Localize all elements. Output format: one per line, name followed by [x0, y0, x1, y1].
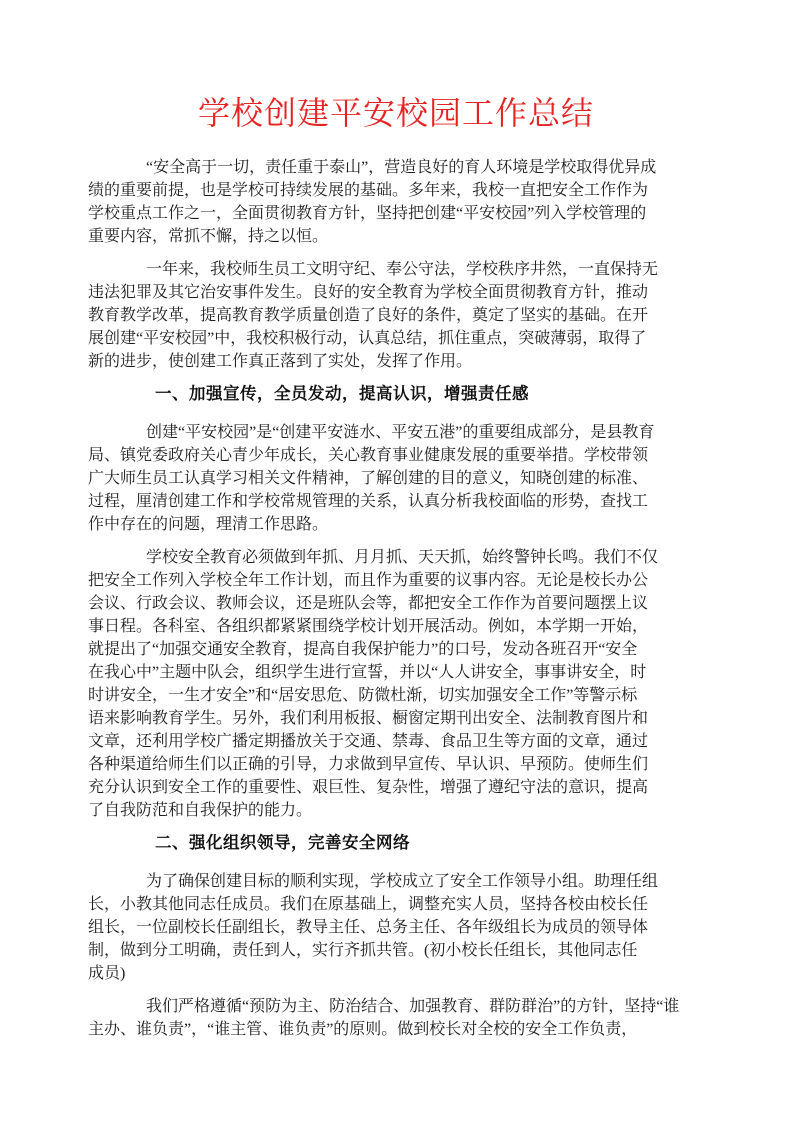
section-1-paragraph-1: 创建“平安校园”是“创建平安涟水、平安五港”的重要组成部分，是县教育 局、镇党委… [88, 421, 704, 536]
section-2-paragraph-2: 我们严格遵循“预防为主、防治结合、加强教育、群防群治”的方针，坚持“谁 主办、谁… [88, 995, 704, 1041]
section-heading-1: 一、加强宣传，全员发动，提高认识，增强责任感 [88, 383, 704, 406]
section-2-paragraph-1: 为了确保创建目标的顺利实现，学校成立了安全工作领导小组。助理任组 长，小教其他同… [88, 870, 704, 985]
document-page[interactable]: 学校创建平安校园工作总结 “安全高于一切，责任重于泰山”，营造良好的育人环境是学… [0, 0, 793, 1122]
section-1-paragraph-2: 学校安全教育必须做到年抓、月月抓、天天抓，始终警钟长鸣。我们不仅 把安全工作列入… [88, 546, 704, 822]
intro-paragraph-1: “安全高于一切，责任重于泰山”，营造良好的育人环境是学校取得优异成 绩的重要前提… [88, 156, 704, 248]
section-heading-2: 二、强化组织领导，完善安全网络 [88, 832, 704, 855]
document-title: 学校创建平安校园工作总结 [88, 92, 704, 134]
intro-paragraph-2: 一年来，我校师生员工文明守纪、奉公守法，学校秩序井然，一直保持无 违法犯罪及其它… [88, 258, 704, 373]
